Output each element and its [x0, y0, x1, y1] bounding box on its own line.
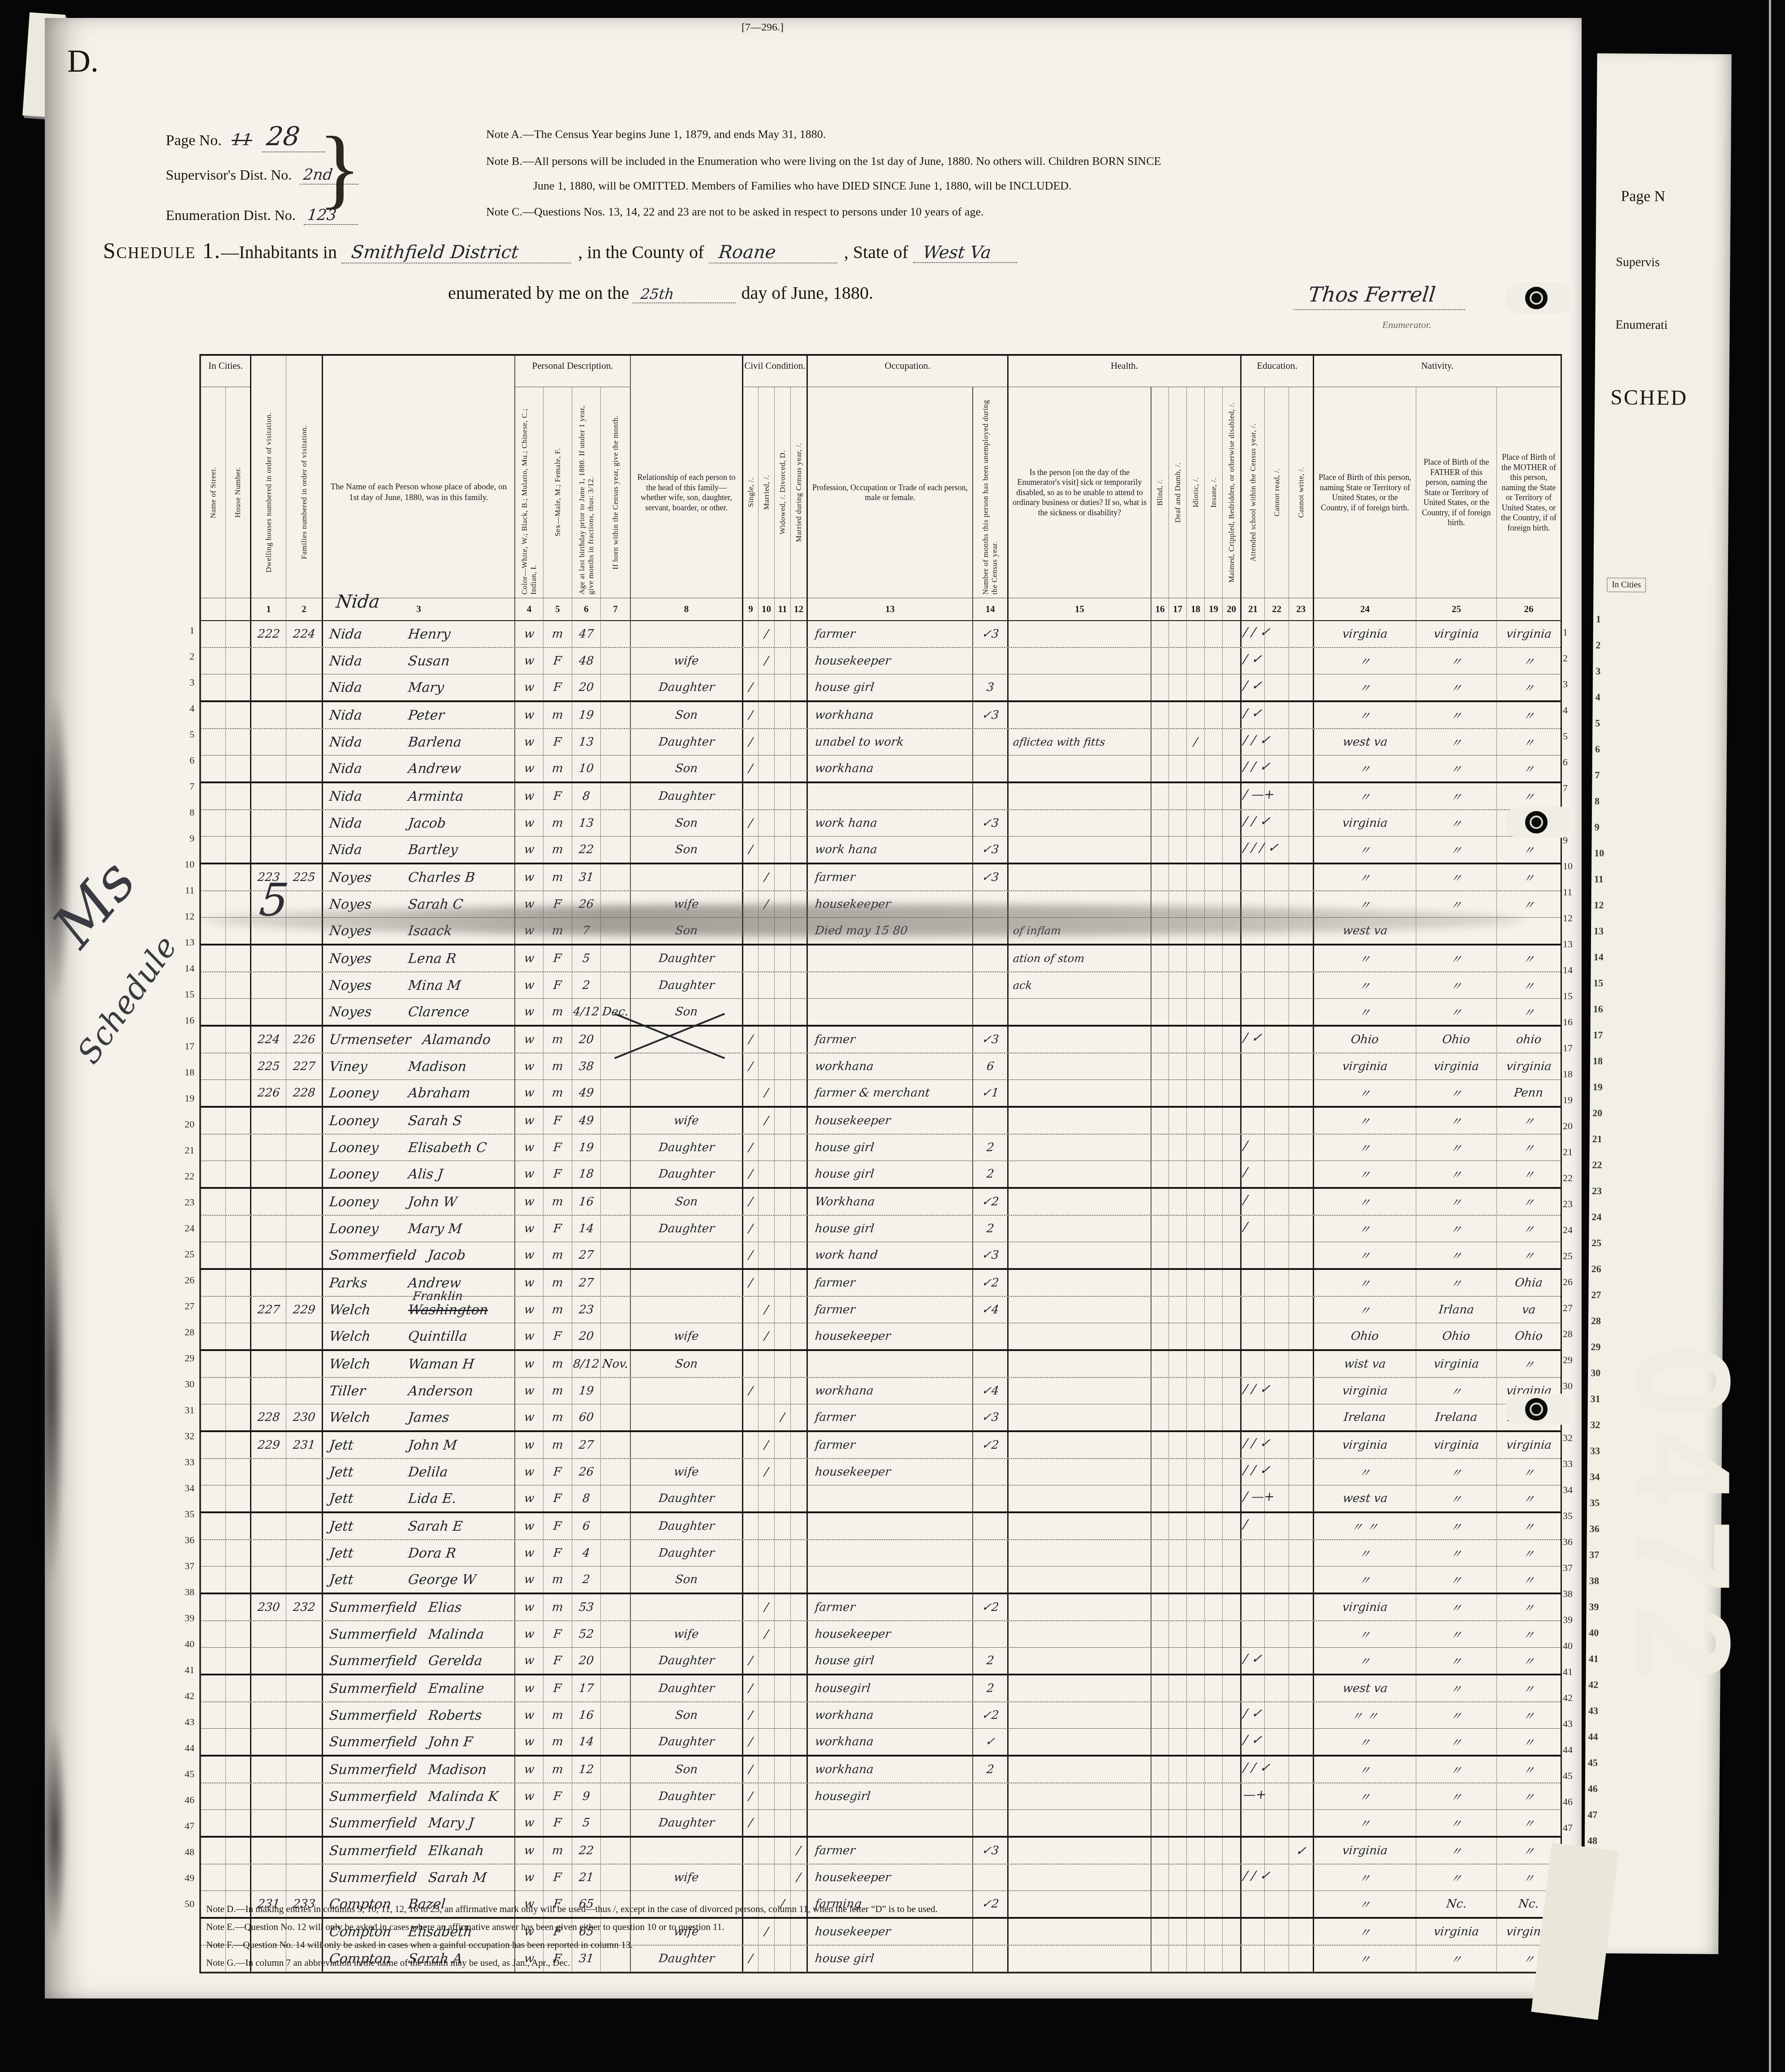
mother-birthplace-cell: 〃 — [1496, 648, 1561, 674]
maimed-cell — [1222, 1242, 1240, 1268]
next-row-number: 36 — [1590, 1523, 1600, 1535]
father-birthplace-cell: 〃 — [1416, 648, 1496, 674]
cannot-read-cell — [1264, 972, 1289, 998]
surname: Summerfield — [328, 1789, 418, 1804]
father-birthplace-cell: 〃 — [1416, 1838, 1496, 1864]
unemployed-months-cell: ✓2 — [972, 1594, 1007, 1620]
column-label-text: Cannot read, /. — [1272, 466, 1282, 519]
unemployed-months-cell: 2 — [972, 1216, 1007, 1242]
sickness-cell — [1007, 837, 1151, 863]
cell-value: workhana — [814, 1060, 874, 1073]
school-cell: / — [1240, 1216, 1264, 1242]
surname: Urmenseter — [328, 1032, 412, 1048]
married-year-mark — [790, 1404, 806, 1430]
occupation-cell: housekeeper — [806, 1108, 972, 1134]
education-marks: / / ✓ — [1242, 1436, 1271, 1450]
idiotic-cell — [1186, 1404, 1204, 1430]
maimed-cell — [1222, 810, 1240, 836]
father-birthplace-cell: Ohio — [1416, 1323, 1496, 1349]
column-number: 9 — [742, 598, 758, 621]
birthplace-cell: 〃 — [1313, 1783, 1416, 1809]
surname-header-annotation: Nida — [335, 591, 381, 612]
person-name: SummerfieldSarah M — [322, 1865, 514, 1891]
single-mark — [742, 1432, 758, 1458]
cell-value: 〃 — [1450, 1383, 1463, 1399]
cell-value: housegirl — [814, 1790, 871, 1803]
cell-value: / — [764, 1303, 769, 1317]
table-row-14: NoyesMina MwF2Daughterack〃〃〃 — [201, 972, 1561, 999]
row-number-right: 44 — [1563, 1744, 1582, 1756]
widowed-mark — [774, 702, 790, 728]
maimed-cell — [1222, 1810, 1240, 1836]
education-marks: / —+ — [1242, 1489, 1275, 1504]
married-year-mark — [790, 1783, 806, 1809]
father-birthplace-cell: 〃 — [1416, 837, 1496, 863]
color-cell: w — [514, 1810, 543, 1836]
family-no — [286, 1621, 322, 1647]
idiotic-cell — [1186, 648, 1204, 674]
cell-value: housekeeper — [814, 1871, 891, 1884]
school-cell — [1240, 1838, 1264, 1864]
insane-cell — [1204, 648, 1222, 674]
deaf-cell — [1168, 674, 1186, 700]
cell-value: 〃 — [1522, 1518, 1535, 1535]
cell-value: Daughter — [658, 735, 715, 749]
relationship-cell — [630, 1378, 742, 1404]
unemployed-months-cell: ✓3 — [972, 702, 1007, 728]
maimed-cell — [1222, 729, 1240, 755]
unemployed-months-cell: ✓3 — [972, 1838, 1007, 1864]
table-row-41: SummerfieldRobertswm16Son/workhana✓2/ ✓〃… — [201, 1702, 1561, 1729]
sex-cell: F — [543, 1648, 572, 1674]
sickness-cell — [1007, 1189, 1151, 1215]
cannot-read-cell — [1264, 1621, 1289, 1647]
married-mark — [758, 1567, 774, 1593]
cell-value: 〃 — [1522, 950, 1535, 967]
mother-birthplace-cell: 〃 — [1496, 1459, 1561, 1485]
married-year-mark — [790, 864, 806, 890]
family-no — [286, 1161, 322, 1187]
cell-value: Daughter — [658, 1519, 715, 1533]
given-name: John F — [428, 1734, 474, 1750]
cell-value: ✓3 — [981, 816, 999, 830]
column-label-text: Sex—Male, M.; Female, F. — [552, 445, 563, 539]
color-cell: w — [514, 783, 543, 809]
family-no — [286, 674, 322, 700]
column-label-26: Place of Birth of the MOTHER of this per… — [1496, 387, 1561, 598]
blind-cell — [1151, 702, 1168, 728]
cell-value: 8/12 — [573, 1357, 600, 1371]
house-cell — [225, 1053, 250, 1079]
widowed-mark — [774, 1838, 790, 1864]
column-number: 17 — [1168, 598, 1186, 621]
given-name: Gerelda — [428, 1653, 483, 1669]
age-cell: 12 — [572, 1757, 600, 1783]
dwelling-no — [250, 837, 286, 863]
row-number-left: 18 — [176, 1066, 194, 1078]
row-number-left: 9 — [176, 833, 194, 844]
occupation-cell: workhana — [806, 1757, 972, 1783]
education-marks: / — [1242, 1138, 1248, 1153]
cell-value: w — [523, 952, 535, 965]
surname: Looney — [328, 1221, 397, 1237]
birth-month-cell — [600, 837, 630, 863]
color-cell: w — [514, 1729, 543, 1755]
cell-value: 〃 — [1358, 1140, 1372, 1156]
street-cell — [201, 1270, 225, 1296]
surname: Nida — [328, 680, 397, 695]
census-photo: { "form": { "corner_letter": "D.", "top_… — [0, 0, 1785, 2072]
school-cell: / — [1240, 1513, 1264, 1539]
family-no: 227 — [286, 1053, 322, 1079]
dwelling-no — [250, 1108, 286, 1134]
house-cell — [225, 1351, 250, 1377]
cell-value: 〃 — [1522, 760, 1535, 777]
sex-cell: m — [543, 1351, 572, 1377]
idiotic-cell — [1186, 621, 1204, 647]
blind-cell — [1151, 1621, 1168, 1647]
school-cell — [1240, 1810, 1264, 1836]
column-label-15: Is the person [on the day of the Enumera… — [1007, 387, 1151, 598]
widowed-mark — [774, 1323, 790, 1349]
idiotic-cell — [1186, 864, 1204, 890]
cell-value: 5 — [582, 952, 591, 965]
maimed-cell — [1222, 1053, 1240, 1079]
dwelling-no — [250, 1621, 286, 1647]
family-no — [286, 1485, 322, 1511]
age-cell: 22 — [572, 837, 600, 863]
idiotic-cell — [1186, 755, 1204, 781]
relationship-cell: Son — [630, 810, 742, 836]
next-row-number: 33 — [1590, 1445, 1600, 1457]
deaf-cell — [1168, 1567, 1186, 1593]
cannot-read-cell — [1264, 1810, 1289, 1836]
row-number-right: 41 — [1563, 1666, 1582, 1678]
row-number-left: 45 — [176, 1768, 194, 1780]
maimed-cell — [1222, 1270, 1240, 1296]
cell-value: housekeeper — [814, 1925, 891, 1938]
person-name: JettJohn M — [322, 1432, 514, 1458]
cell-value: farmer — [814, 1438, 856, 1452]
cell-value: 〃 — [1522, 1166, 1535, 1183]
school-cell: / — [1240, 1189, 1264, 1215]
education-marks: / / ✓ — [1242, 1463, 1271, 1477]
cell-value: F — [553, 654, 562, 668]
enum-dist-label: Enumeration Dist. No. — [166, 207, 296, 223]
sex-cell: m — [543, 999, 572, 1025]
occupation-cell: workhana — [806, 1053, 972, 1079]
mother-birthplace-cell: 〃 — [1496, 999, 1561, 1025]
column-label-text: Place of Birth of the MOTHER of this per… — [1497, 449, 1561, 536]
row-number-left: 48 — [176, 1846, 194, 1858]
age-cell: 48 — [572, 648, 600, 674]
married-mark: / — [758, 1919, 774, 1945]
education-marks: / ✓ — [1242, 706, 1263, 721]
idiotic-cell — [1186, 1297, 1204, 1323]
blind-cell — [1151, 1675, 1168, 1701]
age-cell: 23 — [572, 1297, 600, 1323]
relationship-cell: Son — [630, 1351, 742, 1377]
father-birthplace-cell: Irelana — [1416, 1404, 1496, 1430]
row-number-left: 24 — [176, 1222, 194, 1234]
color-cell: w — [514, 1027, 543, 1053]
widowed-mark — [774, 1540, 790, 1566]
father-birthplace-cell: 〃 — [1416, 702, 1496, 728]
unemployed-months-cell — [972, 648, 1007, 674]
cell-value: 2 — [582, 979, 591, 992]
occupation-cell: workhana — [806, 755, 972, 781]
table-row-33: JettLida E.wF8Daughter/ —+west va〃〃 — [201, 1485, 1561, 1513]
idiotic-cell — [1186, 1027, 1204, 1053]
table-row-21: LooneyAlis JwF18Daughter/house girl2/〃〃〃 — [201, 1161, 1561, 1189]
page-no-struck: 11 — [231, 131, 253, 149]
maimed-cell — [1222, 1459, 1240, 1485]
group-header-blank — [322, 356, 514, 387]
cannot-write-cell — [1289, 755, 1313, 781]
color-cell: w — [514, 1378, 543, 1404]
dwelling-no — [250, 1351, 286, 1377]
widowed-mark — [774, 810, 790, 836]
insane-cell — [1204, 1053, 1222, 1079]
father-birthplace-cell: 〃 — [1416, 755, 1496, 781]
column-label-text: The Name of each Person whose place of a… — [323, 478, 514, 507]
idiotic-cell — [1186, 702, 1204, 728]
cannot-read-cell — [1264, 1891, 1289, 1917]
cell-value: Daughter — [658, 1952, 715, 1965]
mother-birthplace-cell: 〃 — [1496, 1189, 1561, 1215]
education-marks: / / ✓ — [1242, 733, 1271, 747]
cell-value: 6 — [582, 1519, 591, 1533]
given-name: Elisabeth C — [407, 1140, 487, 1156]
mother-birthplace-cell: va — [1496, 1297, 1561, 1323]
blind-cell — [1151, 1946, 1168, 1972]
row-number-left: 28 — [176, 1326, 194, 1338]
street-cell — [201, 1459, 225, 1485]
education-marks: / ✓ — [1242, 678, 1263, 693]
cell-value: housekeeper — [814, 1627, 891, 1641]
cell-value: m — [552, 1411, 564, 1424]
given-name: Malinda K — [428, 1789, 500, 1804]
cannot-write-cell — [1289, 1378, 1313, 1404]
maimed-cell — [1222, 1189, 1240, 1215]
single-mark: / — [742, 1053, 758, 1079]
cell-value: wife — [673, 1330, 700, 1343]
group-header-pd: Personal Description. — [514, 356, 630, 387]
cell-value: w — [523, 1141, 535, 1154]
birth-month-cell — [600, 1702, 630, 1728]
cell-value: Ohio — [1442, 1033, 1471, 1046]
relationship-cell: Son — [630, 1757, 742, 1783]
cell-value: / — [764, 871, 769, 884]
row-number-left: 42 — [176, 1690, 194, 1702]
cell-value: m — [552, 1438, 564, 1452]
insane-cell — [1204, 1432, 1222, 1458]
insane-cell — [1204, 999, 1222, 1025]
cell-value: house girl — [814, 1141, 875, 1154]
next-row-number: 1 — [1596, 613, 1601, 625]
sickness-cell — [1007, 621, 1151, 647]
birthplace-cell: virginia — [1313, 621, 1416, 647]
idiotic-cell — [1186, 674, 1204, 700]
sickness-cell — [1007, 1648, 1151, 1674]
cell-value: va — [1521, 1303, 1536, 1317]
cell-value: w — [523, 1735, 535, 1748]
cell-value: 〃 — [1358, 1221, 1372, 1237]
maimed-cell — [1222, 1432, 1240, 1458]
relationship-cell: wife — [630, 648, 742, 674]
cell-value: 〃 — [1450, 1166, 1463, 1183]
column-number: 4 — [514, 598, 543, 621]
row-number-right: 45 — [1563, 1770, 1582, 1782]
age-cell: 53 — [572, 1594, 600, 1620]
cell-value: farmer — [814, 1276, 856, 1290]
binder-ring — [1505, 1394, 1573, 1425]
cell-value: housekeeper — [814, 1465, 891, 1479]
occupation-cell: house girl — [806, 1161, 972, 1187]
surname: Summerfield — [328, 1815, 418, 1831]
given-name: Mary — [407, 680, 445, 695]
school-cell — [1240, 1270, 1264, 1296]
cell-value: 〃 — [1450, 707, 1463, 724]
cell-value: / — [748, 1709, 754, 1722]
widowed-mark — [774, 1865, 790, 1891]
married-mark — [758, 1351, 774, 1377]
table-row-35: JettDora RwF4Daughter〃〃〃 — [201, 1540, 1561, 1567]
cell-value: 23 — [578, 1303, 594, 1317]
insane-cell — [1204, 1323, 1222, 1349]
color-cell: w — [514, 621, 543, 647]
color-cell: w — [514, 1432, 543, 1458]
column-number: 7 — [600, 598, 630, 621]
insane-cell — [1204, 1080, 1222, 1106]
school-cell: / / ✓ — [1240, 1378, 1264, 1404]
age-cell: 20 — [572, 674, 600, 700]
given-name: Lena R — [407, 951, 457, 967]
cell-value: / — [748, 1167, 754, 1181]
birth-month-cell — [600, 1485, 630, 1511]
married-year-mark — [790, 1189, 806, 1215]
cell-value: workhana — [814, 708, 874, 722]
widowed-mark — [774, 972, 790, 998]
married-mark — [758, 1270, 774, 1296]
family-no — [286, 810, 322, 836]
single-mark: / — [742, 837, 758, 863]
row-number-left: 26 — [176, 1274, 194, 1286]
widowed-mark — [774, 1216, 790, 1242]
widowed-mark — [774, 1594, 790, 1620]
row-number-right: 36 — [1563, 1536, 1582, 1548]
color-cell: w — [514, 1513, 543, 1539]
single-mark — [742, 621, 758, 647]
idiotic-cell — [1186, 783, 1204, 809]
street-cell — [201, 702, 225, 728]
unemployed-months-cell — [972, 972, 1007, 998]
cell-value: Son — [674, 1763, 698, 1776]
school-cell: / / / ✓ — [1240, 837, 1264, 863]
unemployed-months-cell — [972, 783, 1007, 809]
cell-value: w — [523, 1627, 535, 1641]
row-number-right: 21 — [1563, 1146, 1582, 1158]
row-number-right: 28 — [1563, 1328, 1582, 1340]
birthplace-cell: 〃 — [1313, 1135, 1416, 1161]
dwelling-no: 228 — [250, 1404, 286, 1430]
color-cell: w — [514, 1351, 543, 1377]
mother-birthplace-cell: 〃 — [1496, 1513, 1561, 1539]
single-mark: / — [742, 1757, 758, 1783]
cell-value: 〃 — [1358, 1815, 1372, 1831]
married-year-mark — [790, 945, 806, 971]
idiotic-cell — [1186, 1242, 1204, 1268]
idiotic-cell: / — [1186, 729, 1204, 755]
idiotic-cell — [1186, 1080, 1204, 1106]
birthplace-cell: 〃 — [1313, 1891, 1416, 1917]
cell-value: farmer — [814, 1033, 856, 1046]
person-name: SummerfieldJohn F — [322, 1729, 514, 1755]
column-label-text: Is the person [on the day of the Enumera… — [1009, 464, 1151, 522]
blind-cell — [1151, 999, 1168, 1025]
house-cell — [225, 648, 250, 674]
blind-cell — [1151, 1027, 1168, 1053]
color-cell: w — [514, 1189, 543, 1215]
surname: Tiller — [328, 1383, 397, 1399]
form-number: [7—296.] — [742, 22, 784, 34]
street-cell — [201, 1432, 225, 1458]
sex-cell: F — [543, 1216, 572, 1242]
row-number-left: 20 — [176, 1118, 194, 1130]
dwelling-no — [250, 999, 286, 1025]
occupation-cell: farmer — [806, 864, 972, 890]
binder-ring — [1505, 807, 1573, 838]
sickness-text: ack — [1008, 979, 1033, 992]
married-year-mark — [790, 1810, 806, 1836]
father-birthplace-cell: 〃 — [1416, 972, 1496, 998]
cell-value: 232 — [292, 1601, 316, 1614]
sickness-cell — [1007, 755, 1151, 781]
relationship-cell: Daughter — [630, 783, 742, 809]
cannot-write-cell — [1289, 837, 1313, 863]
given-name: Malinda — [428, 1627, 485, 1642]
person-name: WelchJames — [322, 1404, 514, 1430]
cell-value: Ohio — [1350, 1330, 1380, 1343]
widowed-mark — [774, 1919, 790, 1945]
sex-cell: F — [543, 1108, 572, 1134]
cell-value: 〃 — [1522, 1951, 1535, 1967]
color-cell: w — [514, 1161, 543, 1187]
county-value: Roane — [708, 242, 840, 263]
married-mark: / — [758, 1621, 774, 1647]
unemployed-months-cell: ✓2 — [972, 1270, 1007, 1296]
family-no — [286, 1513, 322, 1539]
father-birthplace-cell: 〃 — [1416, 1216, 1496, 1242]
father-birthplace-cell: 〃 — [1416, 1567, 1496, 1593]
widowed-mark — [774, 1459, 790, 1485]
row-number-right: 23 — [1563, 1198, 1582, 1210]
cannot-read-cell — [1264, 1270, 1289, 1296]
form-letter: D. — [67, 43, 99, 80]
school-cell: / ✓ — [1240, 1648, 1264, 1674]
blind-cell — [1151, 1757, 1168, 1783]
sickness-cell: aflictea with fitts — [1007, 729, 1151, 755]
row-number-left: 21 — [176, 1144, 194, 1156]
column-number: 1 — [250, 598, 286, 621]
street-cell — [201, 755, 225, 781]
cell-value: west va — [1342, 735, 1388, 749]
blind-cell — [1151, 1648, 1168, 1674]
cannot-write-cell — [1289, 621, 1313, 647]
person-name: SummerfieldElkanah — [322, 1838, 514, 1864]
row-number-right: 7 — [1563, 782, 1582, 794]
education-marks: —+ — [1242, 1787, 1267, 1802]
